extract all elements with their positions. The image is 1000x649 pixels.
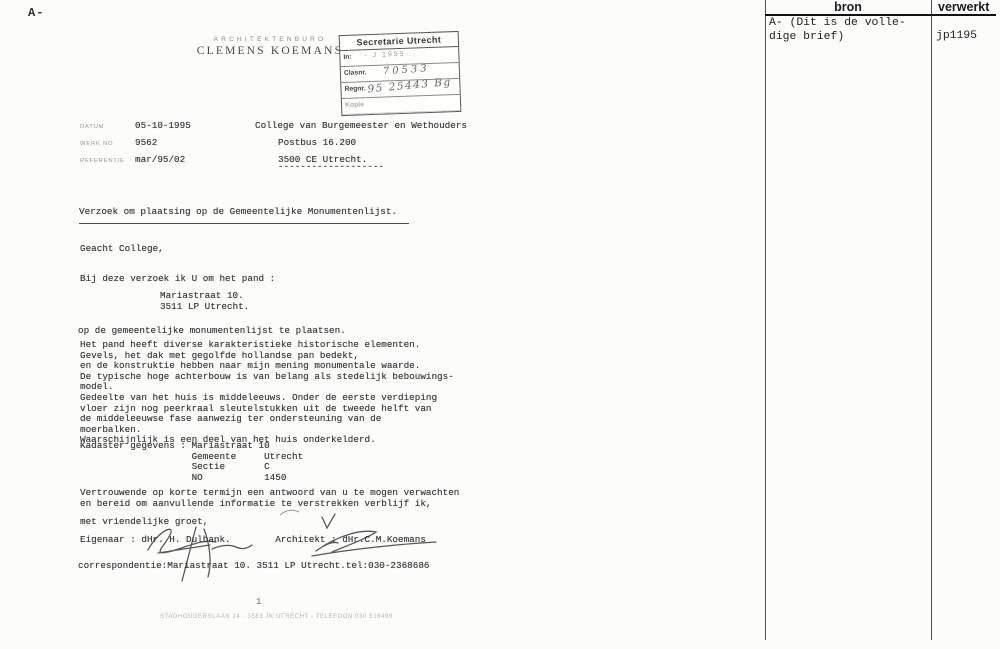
signatures-overlay — [100, 505, 480, 590]
stamp-label-in: In: — [343, 54, 352, 61]
request-line: op de gemeentelijke monumentenlijst te p… — [78, 326, 346, 337]
column-header-verwerkt: verwerkt — [938, 0, 989, 14]
stamp-value-in: - J 1995 .. — [364, 50, 417, 59]
registry-stamp: Secretarie Utrecht In: - J 1995 .. Clasn… — [339, 31, 462, 116]
letterhead-footer: STADHOUDERSLAAN 24 · 3583 JK UTRECHT · T… — [160, 614, 393, 620]
salutation: Geacht College, — [80, 244, 164, 255]
verwerkt-annotation: jp1195 — [936, 30, 977, 44]
architect-signature-icon — [312, 514, 436, 556]
bron-annotation: A- (Dit is de volle- dige brief) — [769, 17, 906, 45]
intro-line: Bij deze verzoek ik U om het pand : — [80, 274, 275, 285]
addressee-underline: ------------------- — [278, 162, 384, 173]
meta-value-datum: 05-10-1995 — [135, 121, 191, 132]
column-header-bron: bron — [765, 0, 931, 14]
letterhead-firm-type: ARCHITEKTENBURO — [190, 36, 350, 43]
table-vertical-line-left — [765, 0, 766, 640]
page-number: 1 — [256, 597, 261, 607]
stamp-label-kopie: Kopie — [345, 101, 364, 109]
meta-label-werkno: WERK NO — [80, 141, 113, 147]
scanned-letter-page: A- ARCHITEKTENBURO CLEMENS KOEMANS Secre… — [0, 0, 1000, 649]
corner-mark: A- — [28, 6, 44, 20]
addressee-postbus: Postbus 16.200 — [278, 138, 356, 149]
table-vertical-line-middle — [931, 0, 932, 640]
stray-pen-mark — [280, 510, 299, 515]
property-address: Mariastraat 10. 3511 LP Utrecht. — [160, 291, 249, 312]
meta-value-referentie: mar/95/02 — [135, 155, 185, 166]
stamp-value-clasnr: 70533 — [383, 63, 430, 77]
meta-label-datum: DATUM — [80, 124, 104, 130]
stamp-row-kopie: Kopie — [342, 95, 460, 115]
stamp-label-regnr: Regnr. — [344, 85, 365, 93]
letterhead: ARCHITEKTENBURO CLEMENS KOEMANS — [190, 36, 350, 57]
table-header-rule — [765, 14, 996, 17]
stamp-label-clasnr: Clasnr. — [344, 69, 367, 77]
body-paragraph: Het pand heeft diverse karakteristieke h… — [80, 340, 454, 446]
addressee-name: College van Burgemeester en Wethouders — [255, 121, 467, 132]
meta-value-werkno: 9562 — [135, 138, 157, 149]
kadaster-block: Kadaster gegevens : Mariastraat 10 Gemee… — [80, 441, 303, 483]
meta-label-referentie: REFERENTIE — [80, 158, 125, 164]
letterhead-firm-name: CLEMENS KOEMANS — [190, 45, 350, 57]
owner-signature-icon — [148, 527, 252, 581]
subject-line: Verzoek om plaatsing op de Gemeentelijke… — [79, 207, 409, 224]
